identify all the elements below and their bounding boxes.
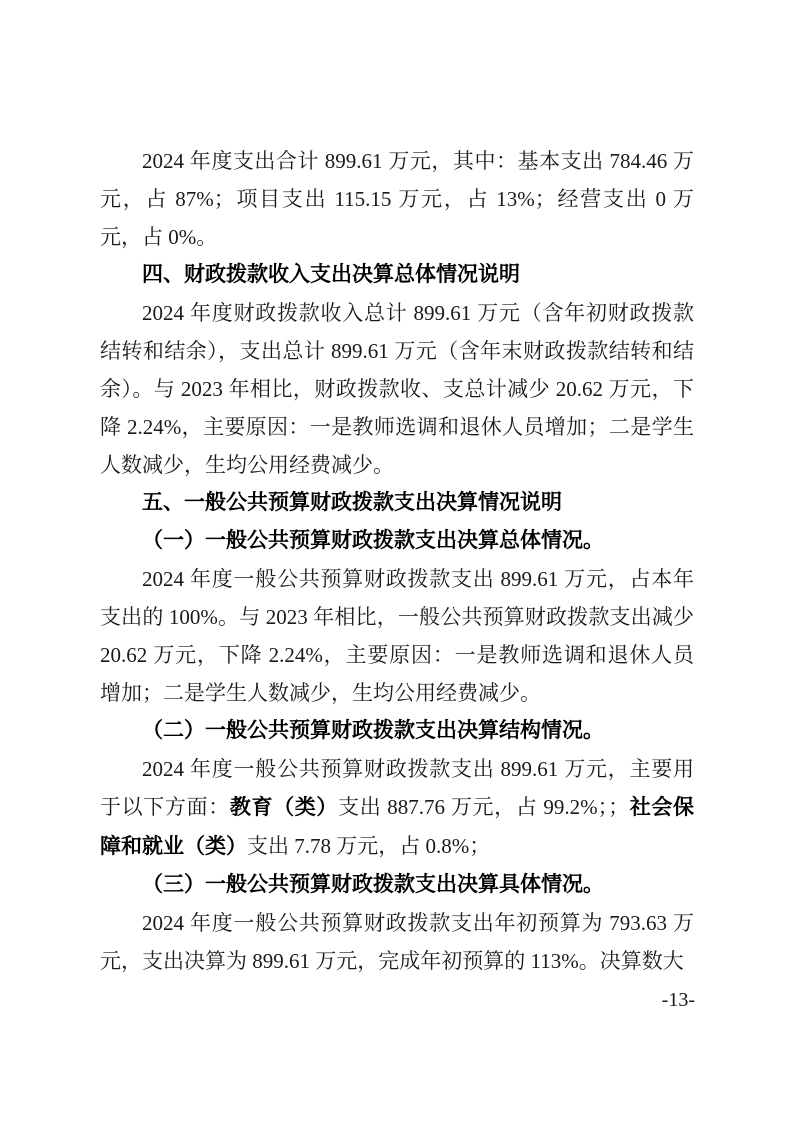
heading-subsection-three: （三）一般公共预算财政拨款支出决算具体情况。 <box>100 866 694 904</box>
para-general-budget-overview: 2024 年度一般公共预算财政拨款支出 899.61 万元，占本年支出的 100… <box>100 560 694 712</box>
heading-section-five: 五、一般公共预算财政拨款支出决算情况说明 <box>100 484 694 522</box>
heading-section-five-text: 五、一般公共预算财政拨款支出决算情况说明 <box>142 491 562 514</box>
document-body: 2024 年度支出合计 899.61 万元，其中：基本支出 784.46 万元，… <box>100 142 694 980</box>
para-expenditure-structure-education-value: 支出 887.76 万元，占 99.2%；； <box>338 795 629 819</box>
para-fiscal-appropriation-overview-text: 2024 年度财政拨款收入总计 899.61 万元（含年初财政拨款结转和结余），… <box>100 301 694 477</box>
heading-subsection-one-text: （一）一般公共预算财政拨款支出决算总体情况。 <box>142 529 604 552</box>
para-expenditure-total-text: 2024 年度支出合计 899.61 万元，其中：基本支出 784.46 万元，… <box>100 149 694 249</box>
heading-subsection-three-text: （三）一般公共预算财政拨款支出决算具体情况。 <box>142 873 604 896</box>
para-budget-vs-final-text: 2024 年度一般公共预算财政拨款支出年初预算为 793.63 万元，支出决算为… <box>100 911 694 973</box>
para-expenditure-structure-social-security-value: 支出 7.78 万元，占 0.8%； <box>247 834 490 858</box>
para-expenditure-structure-education-category: 教育（类） <box>230 796 338 819</box>
para-expenditure-structure: 2024 年度一般公共预算财政拨款支出 899.61 万元，主要用于以下方面：教… <box>100 750 694 866</box>
page-number: -13- <box>662 986 695 1014</box>
para-fiscal-appropriation-overview: 2024 年度财政拨款收入总计 899.61 万元（含年初财政拨款结转和结余），… <box>100 294 694 484</box>
para-budget-vs-final: 2024 年度一般公共预算财政拨款支出年初预算为 793.63 万元，支出决算为… <box>100 904 694 980</box>
heading-section-four-text: 四、财政拨款收入支出决算总体情况说明 <box>142 263 520 286</box>
heading-subsection-two-text: （二）一般公共预算财政拨款支出决算结构情况。 <box>142 719 604 742</box>
heading-subsection-two: （二）一般公共预算财政拨款支出决算结构情况。 <box>100 712 694 750</box>
heading-section-four: 四、财政拨款收入支出决算总体情况说明 <box>100 256 694 294</box>
heading-subsection-one: （一）一般公共预算财政拨款支出决算总体情况。 <box>100 522 694 560</box>
para-general-budget-overview-text: 2024 年度一般公共预算财政拨款支出 899.61 万元，占本年支出的 100… <box>100 567 694 705</box>
document-page: 2024 年度支出合计 899.61 万元，其中：基本支出 784.46 万元，… <box>0 0 793 1122</box>
para-expenditure-total: 2024 年度支出合计 899.61 万元，其中：基本支出 784.46 万元，… <box>100 142 694 256</box>
